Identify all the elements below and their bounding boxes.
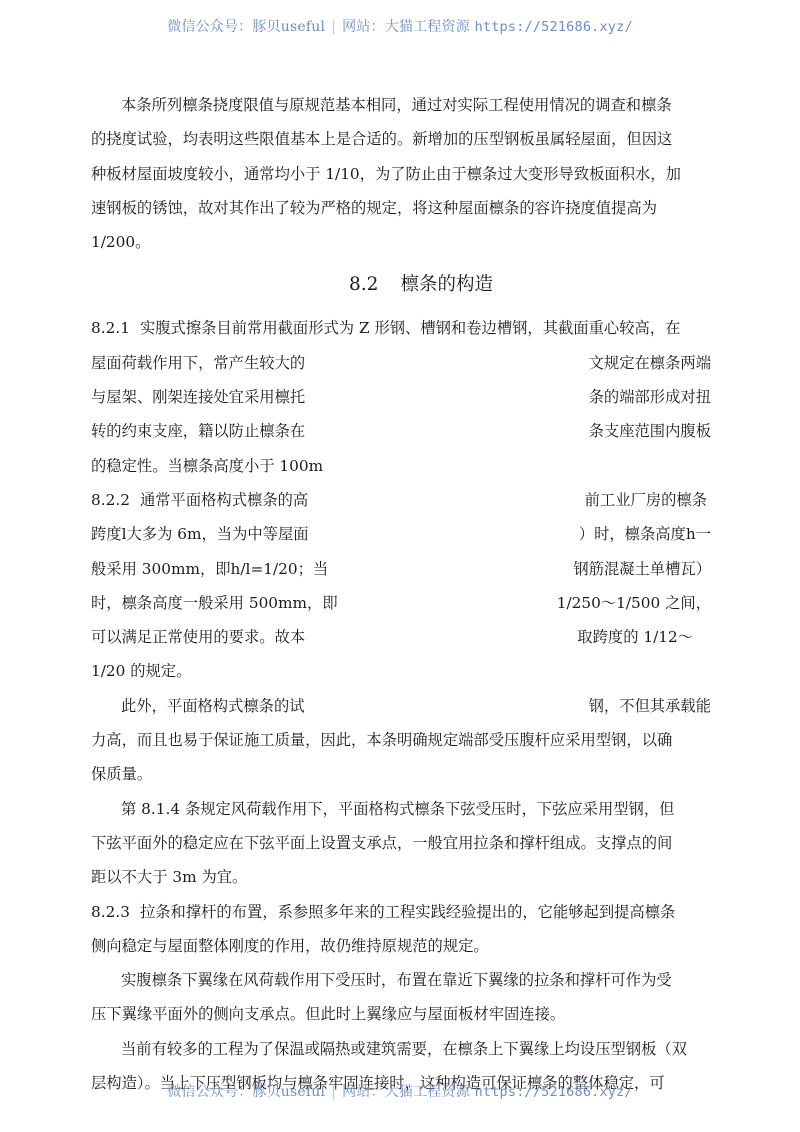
text-left: 跨度l大多为 6m，当为中等屋面 [91,517,309,551]
gapped-line: 般采用 300mm，即h/l=1/20；当 钢筋混凝土单槽瓦） [91,552,711,586]
text-right: ）时，檩条高度h一 [579,517,711,551]
watermark-account: 微信公众号：豚贝useful [167,1084,325,1100]
gapped-line: 时，檩条高度一般采用 500mm，即 1/250～1/500 之间， [91,586,711,620]
gapped-line: 转的约束支座，籍以防止檩条在 条支座范围内腹板 [91,414,711,448]
clause-8-2-3: 8.2.3拉条和撑杆的布置，系参照多年来的工程实践经验提出的，它能够起到提高檩条… [91,895,711,1101]
clause-first-line: 8.2.1实腹式擦条目前常用截面形式为 Z 形钢、槽钢和卷边槽钢，其截面重心较高… [91,311,711,345]
clause-8-2-2: 8.2.2通常平面格构式檩条的高 前工业厂房的檩条 跨度l大多为 6m，当为中等… [91,483,711,895]
watermark-separator: | [331,1084,336,1100]
text-left: 8.2.2通常平面格构式檩条的高 [91,483,308,517]
clause-8-2-1: 8.2.1实腹式擦条目前常用截面形式为 Z 形钢、槽钢和卷边槽钢，其截面重心较高… [91,311,711,482]
text-line: 当前有较多的工程为了保温或隔热或建筑需要，在檩条上下翼缘上均设压型钢板（双 [91,1032,711,1066]
clause-text: 实腹式擦条目前常用截面形式为 Z 形钢、槽钢和卷边槽钢，其截面重心较高，在 [140,319,680,337]
text-right: 取跨度的 1/12～ [577,620,693,654]
gapped-line: 可以满足正常使用的要求。故本 取跨度的 1/12～ [91,620,711,654]
gapped-line: 与屋架、刚架连接处宜采用檩托 条的端部形成对扭 [91,380,711,414]
gapped-line: 1/20 的规定。 [91,654,711,688]
clause-number: 8.2.2 [91,491,130,509]
clause-number: 8.2.1 [91,319,130,337]
document-body: 本条所列檩条挠度限值与原规范基本相同，通过对实际工程使用情况的调查和檩条 的挠度… [91,88,711,1100]
text-left: 时，檩条高度一般采用 500mm，即 [91,586,338,620]
gapped-line: 8.2.2通常平面格构式檩条的高 前工业厂房的檩条 [91,483,711,517]
text-right: 条的端部形成对扭 [589,380,711,414]
text-left: 转的约束支座，籍以防止檩条在 [91,414,305,448]
text-line: 的挠度试验，均表明这些限值基本上是合适的。新增加的压型钢板虽属轻屋面，但因这 [91,122,711,156]
text-line: 压下翼缘平面外的侧向支承点。但此时上翼缘应与屋面板材牢固连接。 [91,997,711,1031]
text-line: 种板材屋面坡度较小，通常均小于 1/10，为了防止由于檩条过大变形导致板面积水，… [91,157,711,191]
watermark-url[interactable]: https://521686.xyz/ [475,1084,633,1100]
watermark-separator: | [331,19,336,35]
text-line: 下弦平面外的稳定应在下弦平面上设置支承点，一般宜用拉条和撑杆组成。支撑点的间 [91,826,711,860]
text-line: 1/200。 [91,225,711,259]
text-right: 钢，不但其承载能 [589,689,711,723]
gapped-line: 的稳定性。当檩条高度小于 100m [91,449,711,483]
text-line: 本条所列檩条挠度限值与原规范基本相同，通过对实际工程使用情况的调查和檩条 [91,88,711,122]
watermark-header: 微信公众号：豚贝useful|网站：大猫工程资源 https://521686.… [0,16,800,36]
text-left: 此外，平面格构式檩条的试 [121,689,305,723]
text-line: 力高，而且也易于保证施工质量，因此，本条明确规定端部受压腹杆应采用型钢，以确 [91,723,711,757]
clause-number: 8.2.3 [91,903,130,921]
section-number: 8.2 [349,274,378,295]
text-right: 1/250～1/500 之间， [557,586,711,620]
text-line: 速钢板的锈蚀，故对其作出了较为严格的规定，将这种屋面檩条的容许挠度值提高为 [91,191,711,225]
text-left: 与屋架、刚架连接处宜采用檩托 [91,380,305,414]
text-right: 前工业厂房的檩条 [585,483,707,517]
watermark-url[interactable]: https://521686.xyz/ [475,19,633,35]
clause-first-line: 8.2.3拉条和撑杆的布置，系参照多年来的工程实践经验提出的，它能够起到提高檩条 [91,895,711,929]
watermark-footer: 微信公众号：豚贝useful|网站：大猫工程资源 https://521686.… [0,1081,800,1101]
text-line: 侧向稳定与屋面整体刚度的作用，故仍维持原规范的规定。 [91,929,711,963]
watermark-account: 微信公众号：豚贝useful [167,19,325,35]
text-right: 钢筋混凝土单槽瓦） [573,552,711,586]
text-right: 文规定在檩条两端 [589,346,711,380]
paragraph-intro: 本条所列檩条挠度限值与原规范基本相同，通过对实际工程使用情况的调查和檩条 的挠度… [91,88,711,259]
text-left: 1/20 的规定。 [91,654,191,688]
text-right: 条支座范围内腹板 [589,414,711,448]
gapped-line: 此外，平面格构式檩条的试 钢，不但其承载能 [91,689,711,723]
watermark-site: 网站：大猫工程资源 [342,1084,470,1100]
text-left: 的稳定性。当檩条高度小于 100m [91,449,323,483]
gapped-line: 跨度l大多为 6m，当为中等屋面 ）时，檩条高度h一 [91,517,711,551]
gapped-line: 屋面荷载作用下，常产生较大的 文规定在檩条两端 [91,346,711,380]
text-left: 可以满足正常使用的要求。故本 [91,620,305,654]
clause-text: 通常平面格构式檩条的高 [140,491,308,509]
text-line: 保质量。 [91,757,711,791]
watermark-site: 网站：大猫工程资源 [342,19,470,35]
section-heading: 8.2檩条的构造 [91,259,711,311]
text-line: 距以不大于 3m 为宜。 [91,860,711,894]
text-left: 屋面荷载作用下，常产生较大的 [91,346,305,380]
section-title: 檩条的构造 [400,274,493,295]
text-line: 实腹檩条下翼缘在风荷载作用下受压时，布置在靠近下翼缘的拉条和撑杆可作为受 [91,963,711,997]
text-line: 第 8.1.4 条规定风荷载作用下，平面格构式檩条下弦受压时，下弦应采用型钢，但 [91,792,711,826]
text-left: 般采用 300mm，即h/l=1/20；当 [91,552,328,586]
clause-text: 拉条和撑杆的布置，系参照多年来的工程实践经验提出的，它能够起到提高檩条 [140,903,675,921]
